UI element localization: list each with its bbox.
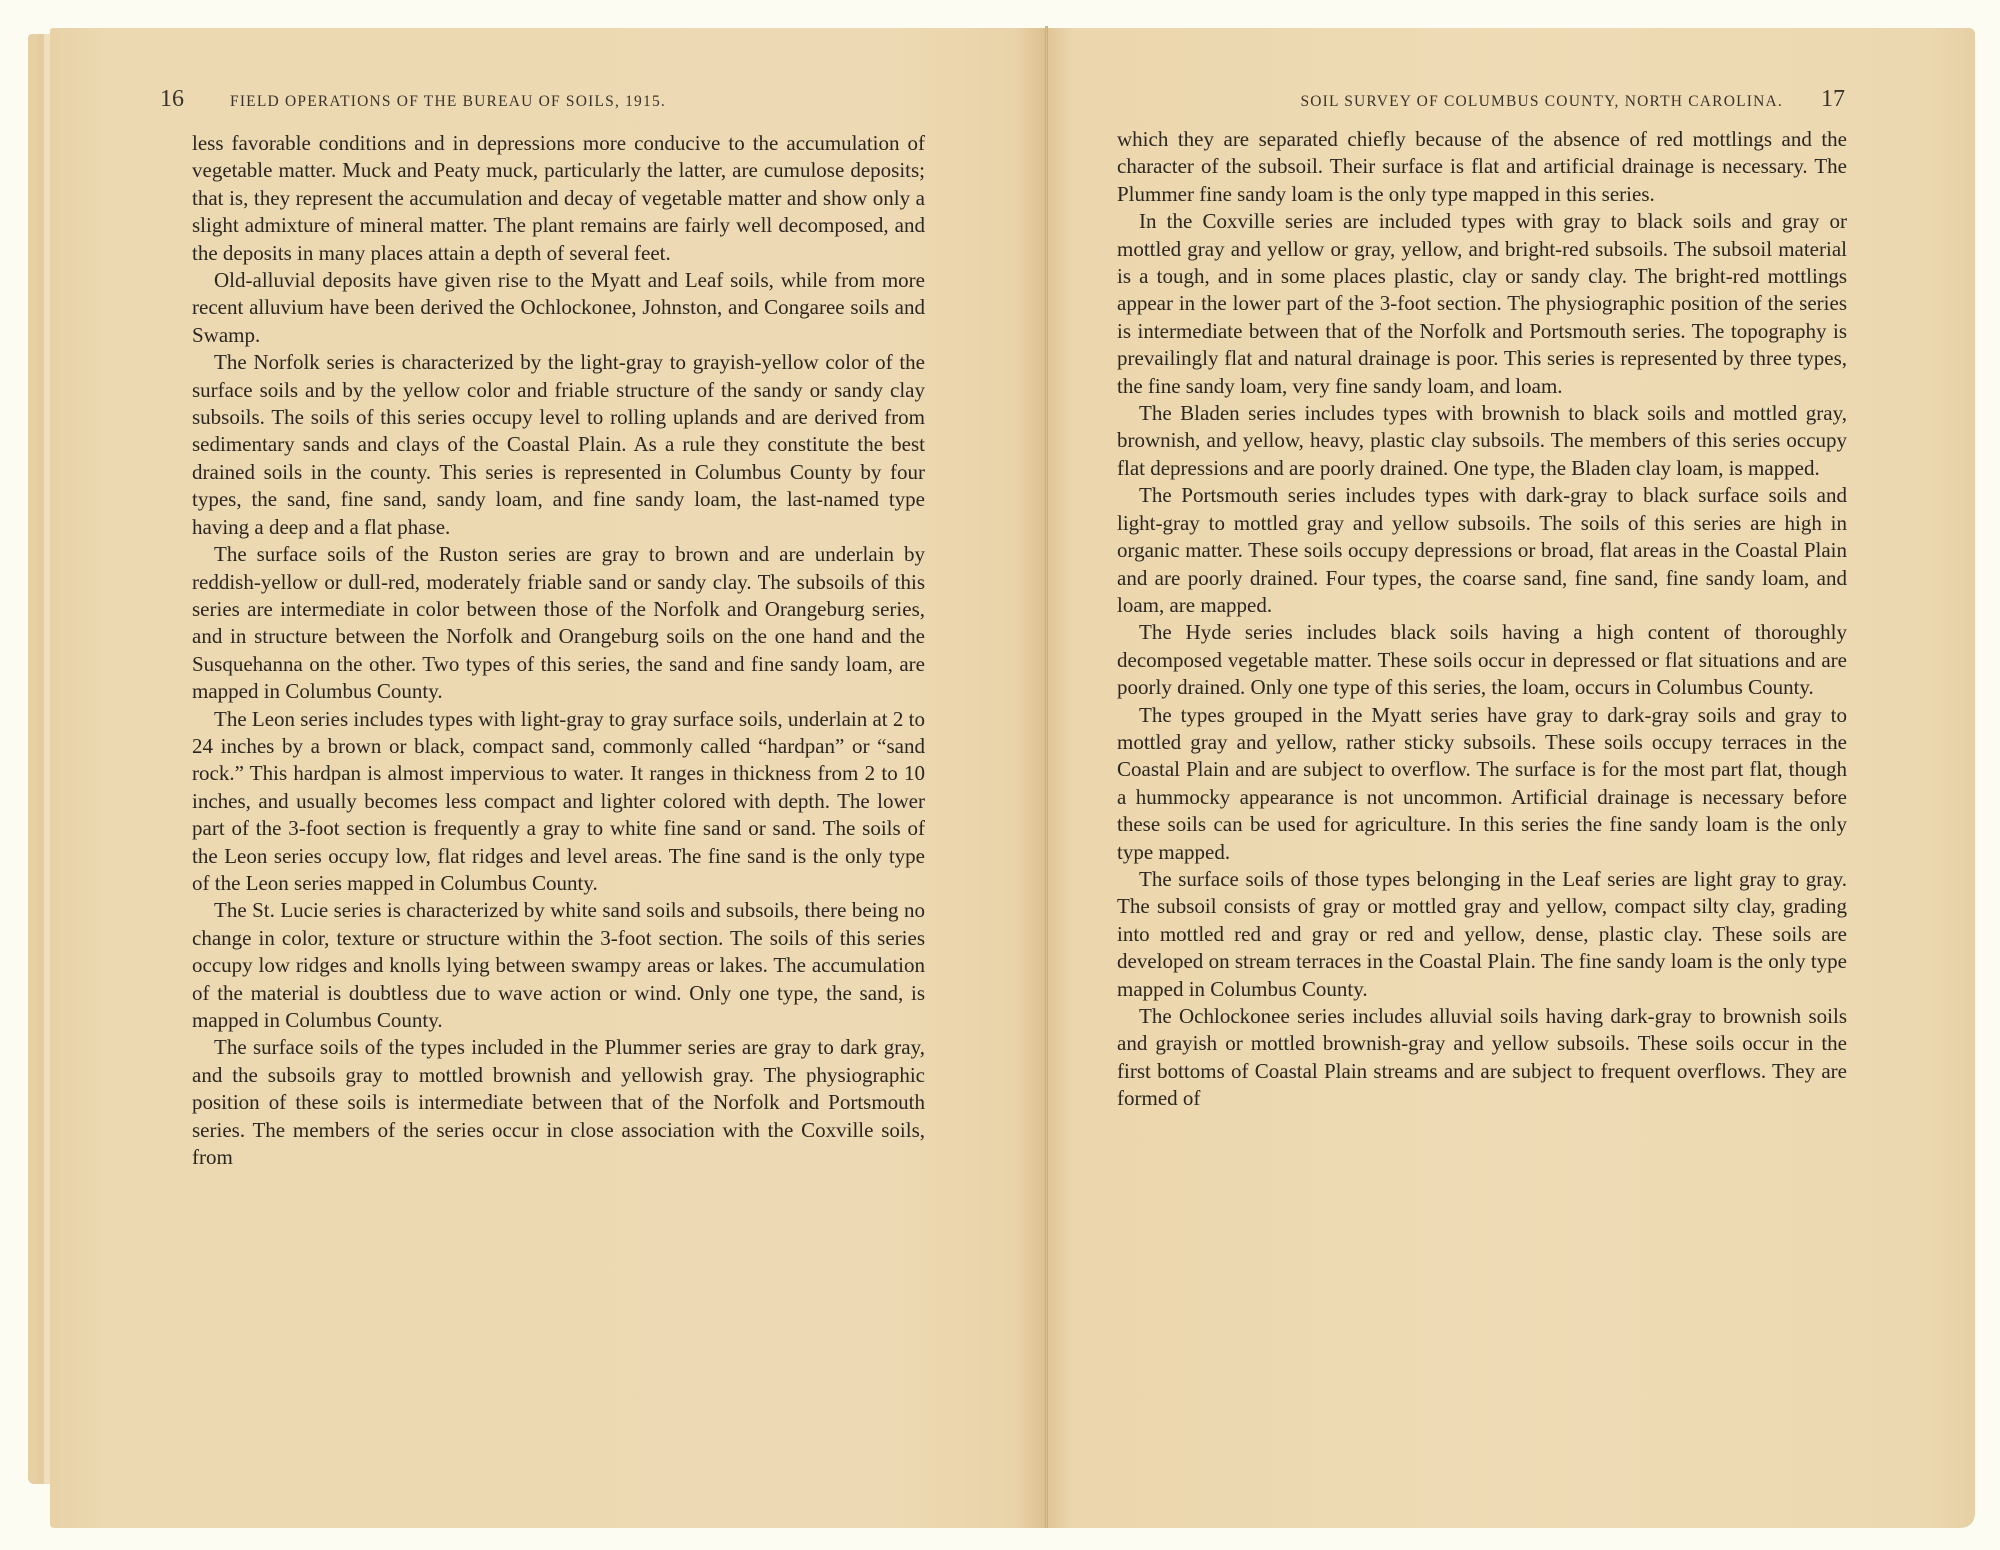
- running-head-title-right: SOIL SURVEY OF COLUMBUS COUNTY, NORTH CA…: [1300, 93, 1783, 111]
- paragraph: which they are separated chiefly because…: [1117, 126, 1847, 208]
- paragraph: The Norfolk series is characterized by t…: [192, 349, 925, 541]
- page-number-right: 17: [1821, 86, 1845, 113]
- paragraph: The types grouped in the Myatt series ha…: [1117, 702, 1847, 866]
- left-page-body: less favorable conditions and in depress…: [192, 130, 925, 1171]
- right-page-body: which they are separated chiefly because…: [1117, 126, 1847, 1113]
- paragraph: The St. Lucie series is characterized by…: [192, 897, 925, 1034]
- paragraph: The surface soils of the types included …: [192, 1034, 925, 1171]
- paragraph: Old-alluvial deposits have given rise to…: [192, 267, 925, 349]
- paragraph: The Portsmouth series includes types wit…: [1117, 482, 1847, 619]
- paragraph: The Bladen series includes types with br…: [1117, 400, 1847, 482]
- right-running-head: SOIL SURVEY OF COLUMBUS COUNTY, NORTH CA…: [1135, 86, 1845, 113]
- paragraph: less favorable conditions and in depress…: [192, 130, 925, 267]
- paragraph: The Leon series includes types with ligh…: [192, 706, 925, 898]
- page-number-left: 16: [160, 86, 184, 113]
- paragraph: The surface soils of those types belongi…: [1117, 866, 1847, 1003]
- paragraph: The Hyde series includes black soils hav…: [1117, 619, 1847, 701]
- paragraph: In the Coxville series are included type…: [1117, 208, 1847, 400]
- left-running-head: 16 FIELD OPERATIONS OF THE BUREAU OF SOI…: [160, 86, 920, 113]
- paragraph: The surface soils of the Ruston series a…: [192, 541, 925, 705]
- running-head-title-left: FIELD OPERATIONS OF THE BUREAU OF SOILS,…: [230, 93, 666, 111]
- paragraph: The Ochlockonee series includes alluvial…: [1117, 1003, 1847, 1113]
- book-gutter: [1045, 26, 1048, 1528]
